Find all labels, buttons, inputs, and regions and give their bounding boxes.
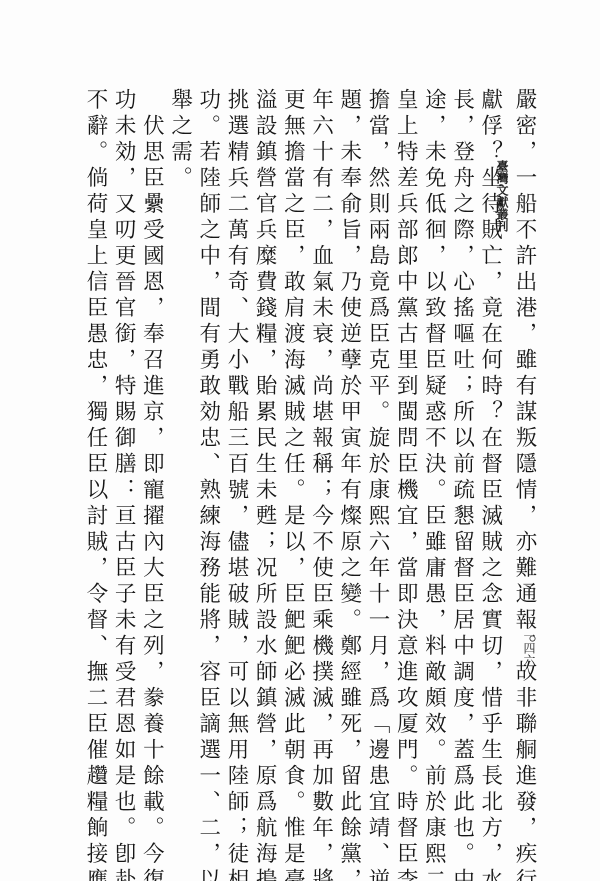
- text-column: 更無擔當之臣，敢肩渡海滅賊之任。是以，臣䰾䰾必滅此朝食。惟是臺灣殘孽未殲，故: [278, 88, 306, 828]
- text-column: 擔當，然則兩島竟爲臣克平。旋於康熙六年十一月，爲「邊患宜靖、逆賊難容等事」具: [363, 88, 391, 828]
- text-column: 皇上特差兵部郎中黨古里到閩問臣機宜，當即決意進攻厦門。時督臣李率泰亦以臣過於: [391, 88, 419, 828]
- text-column: 題，未奉俞旨，乃使逆孽於甲寅年有燦原之變。鄭經雖死，留此餘黨，負踞絕島。臣丁: [335, 88, 363, 828]
- text-column: 功未効，又叨更晉官銜，特賜御膳：亘古臣子未有受君恩如是也。卽赴湯蹈火，臣志所: [109, 88, 137, 828]
- text-column: 不辭。倘荷皇上信臣愚忠，獨任臣以討賊，令督、撫二臣催趲糧餉接應，俾臣鳌搠官兵: [81, 88, 109, 828]
- text-column: 年六十有二，血氣未衰，尚堪報稱；今不使臣乘機撲滅，再加數年，將老無能爲；後恐: [306, 88, 334, 828]
- text-column: 獻俘？坐待賊亡，竟在何時？在督臣滅賊之念實切，惜乎生長北方，水性海務非其所: [476, 88, 504, 828]
- vertical-body-text: 嚴密，一船不許出港，雖有謀叛隱情，亦難通報。故非聯𦨴進發，疾行撲擊，安有自甘 獻…: [81, 88, 538, 828]
- text-column: 嚴密，一船不許出港，雖有謀叛隱情，亦難通報。故非聯𦨴進發，疾行撲擊，安有自甘: [510, 88, 538, 828]
- header-gutter: [504, 88, 510, 828]
- text-column: 溢設鎮營官兵糜費錢糧，貽累民生未甦；况所設水師鎮營，原爲航海搗巢之用。今就中: [250, 88, 278, 828]
- text-column: 長，登舟之際，心搖嘔吐；所以前疏懇留督臣居中調度，蓋爲此也。中有一、二覜此長: [447, 88, 475, 828]
- text-column: 挑選精兵二萬有奇、大小戰船三百號，儘堪破賊，可以無用陸師；徒相牽制，卒難成: [222, 88, 250, 828]
- text-column: 途，未免低徊，以致督臣疑惑不決。臣雖庸愚，料敵頗效。前於康熙二年間海逆猖獗，: [419, 88, 447, 828]
- scanned-page: 臺灣文獻叢刊 一一四六 嚴密，一船不許出港，雖有謀叛隱情，亦難通報。故非聯𦨴進發…: [0, 0, 600, 881]
- text-column: 功。若陸師之中，間有勇敢効忠、熟練海務能將，容臣謫選一、二，以爲臂指，共勷大: [194, 88, 222, 828]
- paragraph-start-column: 伏思臣纍受國恩，奉召進京，即寵擢內大臣之列，豢養十餘載。今復謬荷起用，寸: [137, 88, 165, 828]
- text-column: 舉之需。: [165, 88, 193, 828]
